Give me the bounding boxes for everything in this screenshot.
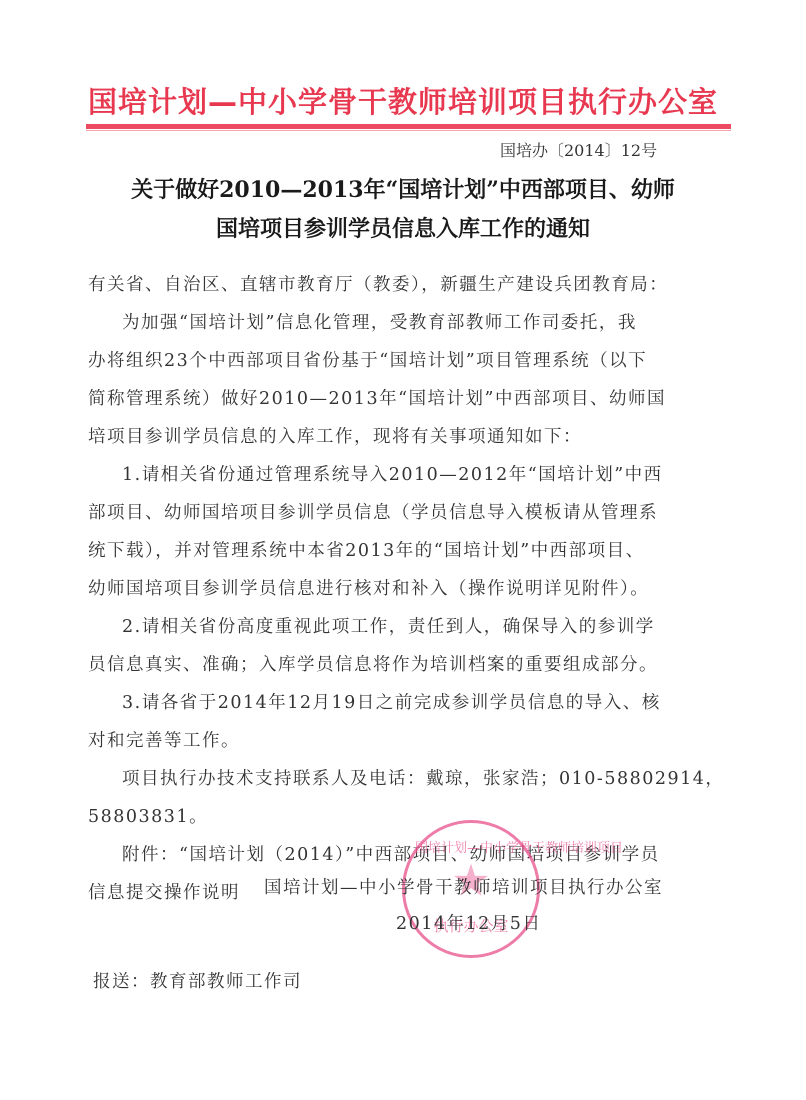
addressee-line: 有关省、自治区、直辖市教育厅（教委），新疆生产建设兵团教育局： xyxy=(88,271,668,296)
item-1-line: 1.请相关省份通过管理系统导入2010—2012年“国培计划”中西 xyxy=(122,461,663,486)
seal-text-top: 国培计划—中小学骨干教师培训项目 xyxy=(415,837,533,856)
letterhead-rule xyxy=(86,124,731,129)
letterhead-rule-thin xyxy=(86,130,731,131)
body-line: 办将组织23个中西部项目省份基于“国培计划”项目管理系统（以下 xyxy=(88,347,647,372)
signature-date: 2014年12月5日 xyxy=(396,910,541,935)
letterhead-title: 国培计划—中小学骨干教师培训项目执行办公室 xyxy=(88,80,728,121)
body-line: 员信息真实、准确；入库学员信息将作为培训档案的重要组成部分。 xyxy=(88,651,658,676)
notice-title-line-2: 国培项目参训学员信息入库工作的通知 xyxy=(0,212,806,243)
body-line: 统下载），并对管理系统中本省2013年的“国培计划”中西部项目、 xyxy=(88,537,645,562)
body-line: 58803831。 xyxy=(88,803,208,828)
signature-organization: 国培计划—中小学骨干教师培训项目执行办公室 xyxy=(264,874,663,899)
item-2-line: 2.请相关省份高度重视此项工作，责任到人，确保导入的参训学 xyxy=(122,613,655,638)
body-line: 简称管理系统）做好2010—2013年“国培计划”中西部项目、幼师国 xyxy=(88,385,666,410)
document-number: 国培办〔2014〕12号 xyxy=(500,138,657,161)
body-line: 为加强“国培计划”信息化管理，受教育部教师工作司委托，我 xyxy=(122,309,637,334)
body-line: 幼师国培项目参训学员信息进行核对和补入（操作说明详见附件）。 xyxy=(88,575,649,600)
body-line: 对和完善等工作。 xyxy=(88,727,240,752)
body-line: 培项目参训学员信息的入库工作，现将有关事项通知如下： xyxy=(88,423,582,448)
body-line: 部项目、幼师国培项目参训学员信息（学员信息导入模板请从管理系 xyxy=(88,499,658,524)
body-line: 信息提交操作说明 xyxy=(88,879,240,904)
cc-line: 报送：教育部教师工作司 xyxy=(93,968,302,993)
notice-title-line-1: 关于做好2010—2013年“国培计划”中西部项目、幼师 xyxy=(0,173,806,204)
item-3-line: 3.请各省于2014年12月19日之前完成参训学员信息的导入、核 xyxy=(122,689,661,714)
contact-line: 项目执行办技术支持联系人及电话：戴琼，张家浩；010-58802914， xyxy=(122,765,724,790)
